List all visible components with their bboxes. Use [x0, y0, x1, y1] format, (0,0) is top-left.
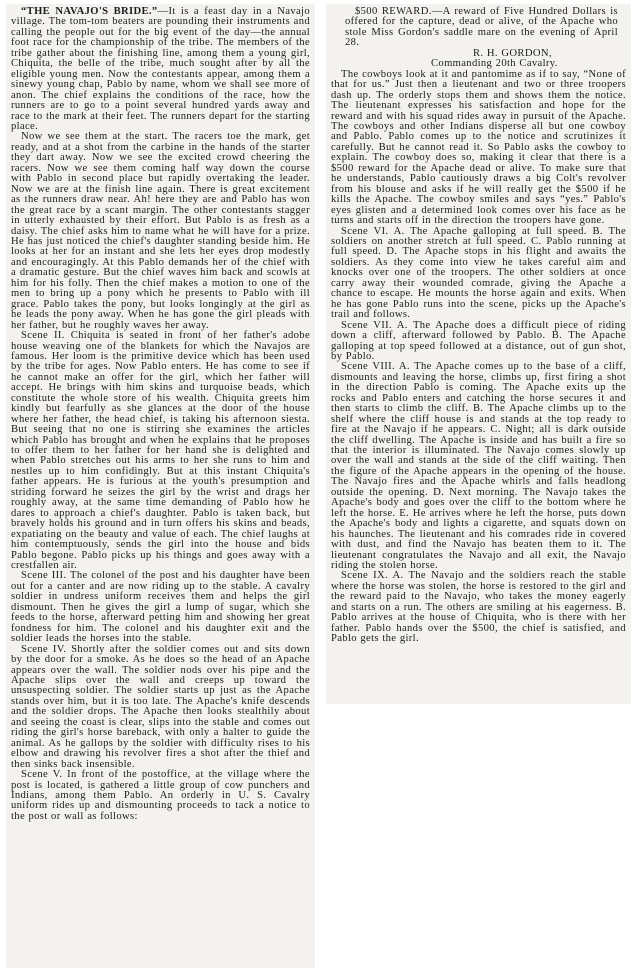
right-column: $500 REWARD.—A reward of Five Hundred Do… — [326, 4, 631, 704]
scene-2-paragraph: Scene II. Chiquita is seated in front of… — [11, 331, 310, 571]
cowboys-paragraph: The cowboys look at it and pantomime as … — [331, 70, 626, 227]
left-column: “THE NAVAJO'S BRIDE.”—It is a feast day … — [6, 4, 315, 968]
reward-notice: $500 REWARD.—A reward of Five Hundred Do… — [331, 7, 626, 70]
reward-notice-text: $500 REWARD.—A reward of Five Hundred Do… — [345, 7, 618, 49]
scene-8-paragraph: Scene VIII. A. The Apache comes up to th… — [331, 362, 626, 571]
scene-3-paragraph: Scene III. The colonel of the post and h… — [11, 571, 310, 644]
scene-4-paragraph: Scene IV. Shortly after the soldier come… — [11, 645, 310, 770]
scene-5-paragraph: Scene V. In front of the postoffice, at … — [11, 770, 310, 822]
scene-7-paragraph: Scene VII. A. The Apache does a difficul… — [331, 321, 626, 363]
scene-9-paragraph: Scene IX. A. The Navajo and the soldiers… — [331, 571, 626, 644]
intro-text: —It is a feast day in a Navajo village. … — [11, 6, 310, 132]
scene-6-paragraph: Scene VI. A. The Apache galloping at ful… — [331, 227, 626, 321]
race-paragraph: Now we see them at the start. The racers… — [11, 132, 310, 331]
article-title: “THE NAVAJO'S BRIDE.” — [21, 6, 158, 17]
intro-paragraph: “THE NAVAJO'S BRIDE.”—It is a feast day … — [11, 7, 310, 132]
